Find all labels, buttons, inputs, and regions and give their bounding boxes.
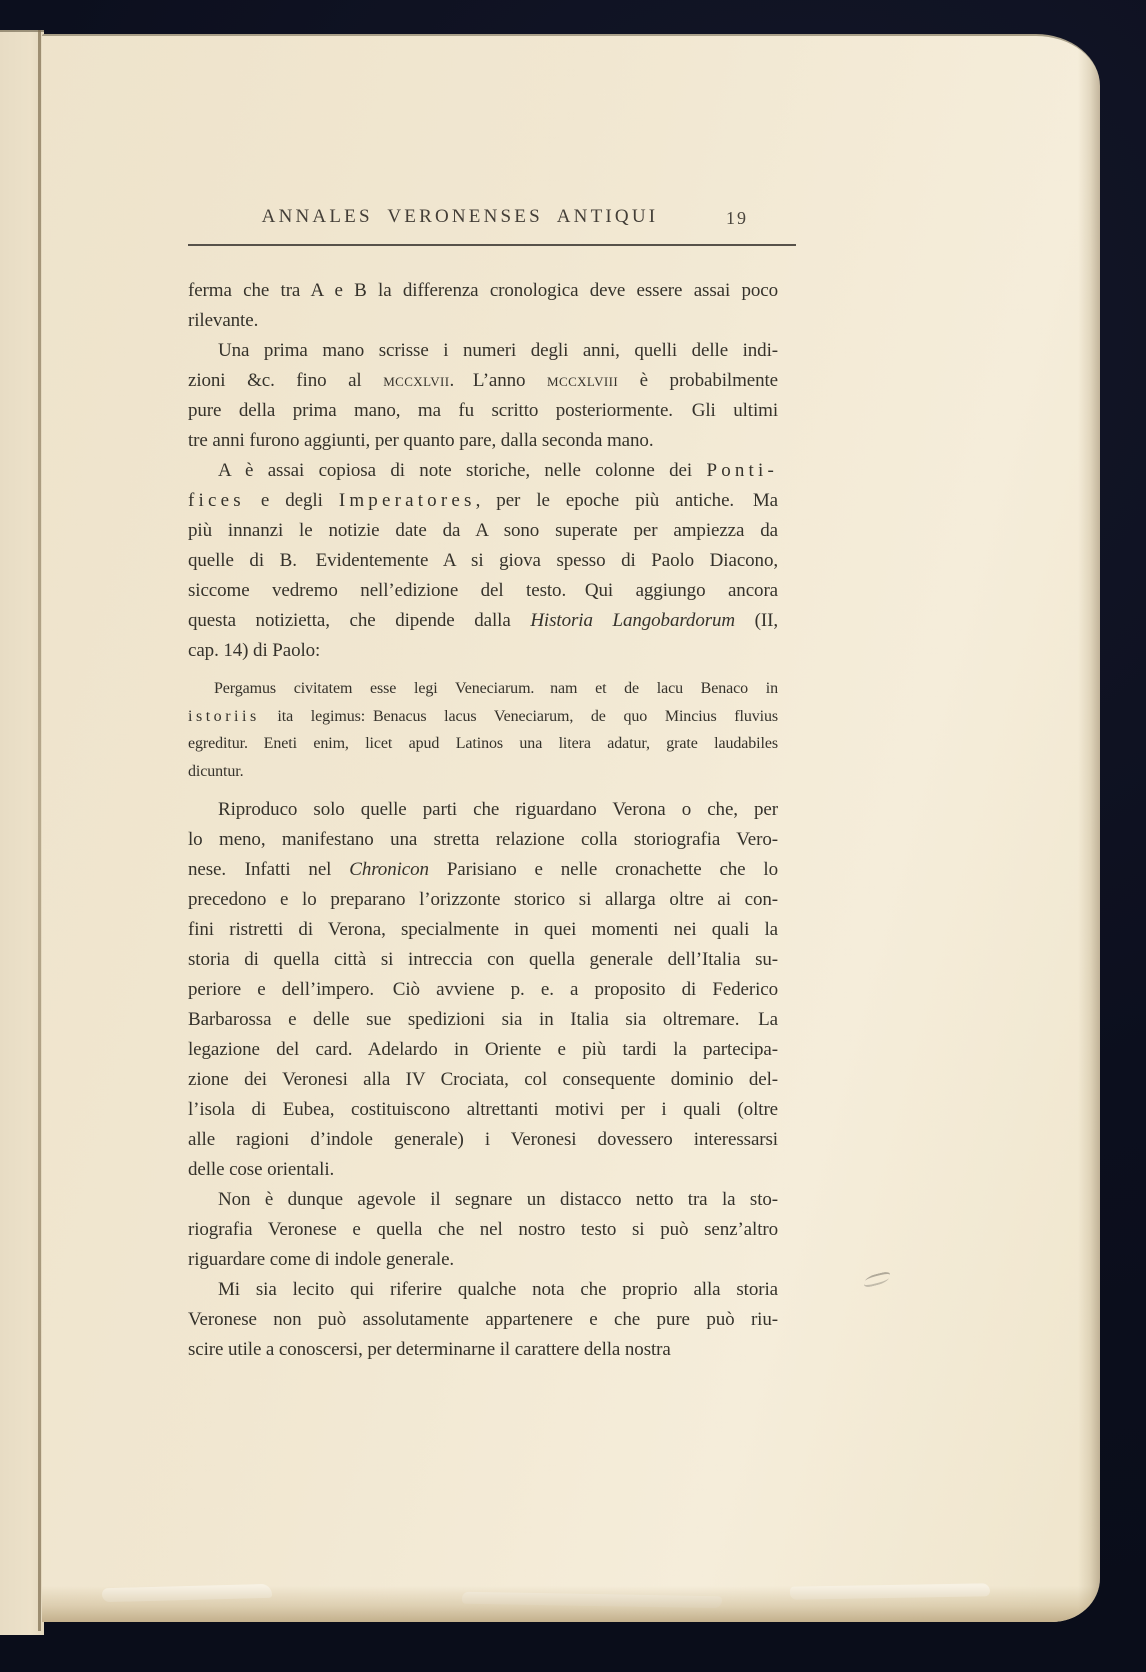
block-quote-paragraph: Pergamus civitatem esse legi Veneciarum.… xyxy=(188,675,778,785)
text-line: fini ristretti di Verona, specialmente i… xyxy=(188,915,778,945)
text-line: scire utile a conoscersi, per determinar… xyxy=(188,1335,778,1365)
running-head-title: ANNALES VERONENSES ANTIQUI xyxy=(156,206,764,228)
text-line: legazione del card. Adelardo in Oriente … xyxy=(188,1035,778,1065)
text-line: tre anni furono aggiunti, per quanto par… xyxy=(188,426,778,456)
text-line: Veronese non può assolutamente appartene… xyxy=(188,1305,778,1335)
text-line: pure della prima mano, ma fu scritto pos… xyxy=(188,396,778,426)
text-line: cap. 14) di Paolo: xyxy=(188,636,778,666)
text-line: Riproduco solo quelle parti che riguarda… xyxy=(188,795,778,825)
text-line: delle cose orientali. xyxy=(188,1155,778,1185)
text-line: alle ragioni d’indole generale) i Verone… xyxy=(188,1125,778,1155)
text-line: istoriis ita legimus: Benacus lacus Vene… xyxy=(188,703,778,731)
running-head: ANNALES VERONENSES ANTIQUI 19 xyxy=(188,200,796,244)
body-paragraph: A è assai copiosa di note storiche, nell… xyxy=(188,456,778,666)
page-right-deckle-edge xyxy=(1078,36,1100,1622)
text-line: riguardare come di indole generale. xyxy=(188,1245,778,1275)
body-paragraph: Riproduco solo quelle parti che riguarda… xyxy=(188,795,778,1185)
text-line: zione dei Veronesi alla IV Crociata, col… xyxy=(188,1065,778,1095)
text-line: Barbarossa e delle sue spedizioni sia in… xyxy=(188,1005,778,1035)
text-line: lo meno, manifestano una stretta relazio… xyxy=(188,825,778,855)
text-line: più innanzi le notizie date da A sono su… xyxy=(188,516,778,546)
text-line: fices e degli Imperatores, per le epoche… xyxy=(188,486,778,516)
scanned-book-photo: ANNALES VERONENSES ANTIQUI 19 ferma che … xyxy=(0,0,1146,1672)
text-line: quelle di B. Evidentemente A si giova sp… xyxy=(188,546,778,576)
text-line: dicuntur. xyxy=(188,758,778,786)
text-column: ferma che tra A e B la differenza cronol… xyxy=(188,276,778,1365)
text-line: periore e dell’impero. Ciò avviene p. e.… xyxy=(188,975,778,1005)
book-page: ANNALES VERONENSES ANTIQUI 19 ferma che … xyxy=(42,34,1100,1622)
text-line: Una prima mano scrisse i numeri degli an… xyxy=(188,336,778,366)
text-line: Mi sia lecito qui riferire qualche nota … xyxy=(188,1275,778,1305)
text-line: zioni &c. fino al mccxlvii. L’anno mccxl… xyxy=(188,366,778,396)
page-bottom-deckle-edge xyxy=(42,1586,1100,1622)
text-line: storia di quella città si intreccia con … xyxy=(188,945,778,975)
page-crease-line xyxy=(38,30,41,1631)
body-paragraph: ferma che tra A e B la differenza cronol… xyxy=(188,276,778,336)
pencil-smudge xyxy=(863,1270,892,1288)
text-line: siccome vedremo nell’edizione del testo.… xyxy=(188,576,778,606)
text-line: questa notizietta, che dipende dalla His… xyxy=(188,606,778,636)
text-line: egreditur. Eneti enim, licet apud Latino… xyxy=(188,730,778,758)
text-line: nese. Infatti nel Chronicon Parisiano e … xyxy=(188,855,778,885)
header-rule xyxy=(188,244,796,246)
text-line: rilevante. xyxy=(188,306,778,336)
text-line: ferma che tra A e B la differenza cronol… xyxy=(188,276,778,306)
text-line: Pergamus civitatem esse legi Veneciarum.… xyxy=(188,675,778,703)
body-paragraph: Mi sia lecito qui riferire qualche nota … xyxy=(188,1275,778,1365)
page-number: 19 xyxy=(726,208,748,229)
text-line: A è assai copiosa di note storiche, nell… xyxy=(188,456,778,486)
text-line: l’isola di Eubea, costituiscono altretta… xyxy=(188,1095,778,1125)
text-line: precedono e lo preparano l’orizzonte sto… xyxy=(188,885,778,915)
page-content: ANNALES VERONENSES ANTIQUI 19 ferma che … xyxy=(188,200,796,244)
text-line: Non è dunque agevole il segnare un dista… xyxy=(188,1185,778,1215)
text-line: riografia Veronese e quella che nel nost… xyxy=(188,1215,778,1245)
body-paragraph: Non è dunque agevole il segnare un dista… xyxy=(188,1185,778,1275)
body-paragraph: Una prima mano scrisse i numeri degli an… xyxy=(188,336,778,456)
